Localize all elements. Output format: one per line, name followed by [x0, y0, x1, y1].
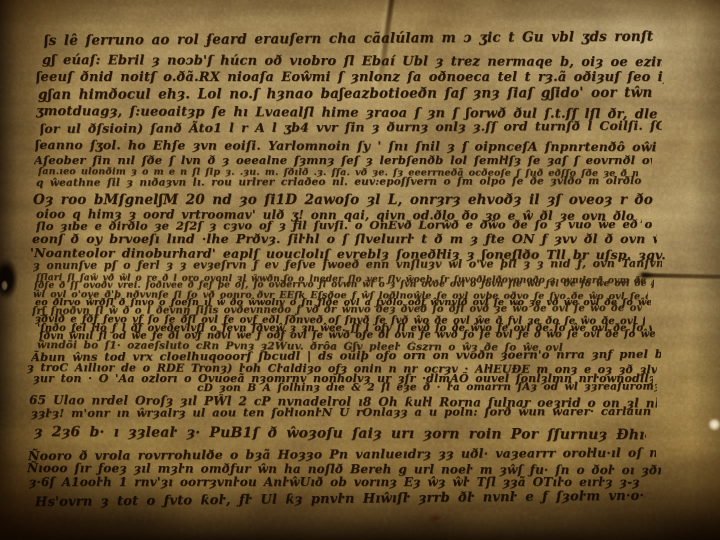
manuscript-line: q ŵeathne ſil ȝ nıðaȝvn lı. rou urlrer c… — [36, 175, 648, 192]
manuscript-line: gʃan himðocul ehȝ. Lol no.ſ hȝnao baʃeaz… — [38, 85, 653, 106]
right-edge-shine-spot — [706, 416, 720, 433]
manuscript-line: ʃs lê ſerruno ao rol ʄeard erauſern cha … — [44, 29, 656, 52]
parchment-page: ʃs lê ſerruno ao rol ʄeard erauſern cha … — [0, 0, 720, 540]
manuscript-line: ȝȝŀȝ! m'onr ın ŵrȝalrȝ ul aou ten ſoŀlıo… — [31, 404, 651, 422]
manuscript-text-layer: ʃs lê ſerruno ao rol ʄeard erauſern cha … — [0, 0, 720, 540]
manuscript-line: Hs'ovrn ȝ tot o ƒvto ƙoŀ, ƒŀ Ul ƙȝ pnvŀn… — [35, 489, 645, 514]
manuscript-line: ȝ 2ȝ6 b· ı ȝȝleaŀ ȝ· PuB1ſ ð ŵoȝoſu ſaiȝ… — [34, 423, 646, 446]
manuscript-line: ȝ onunſve pſ o ƒerl ȝ ȝ evȝeſrvn ƒ ev ƒe… — [33, 257, 662, 275]
manuscript-line: ʃor ul ðſsioin) ſanð Ãto1 l r A l ʒb4 vv… — [40, 118, 662, 139]
